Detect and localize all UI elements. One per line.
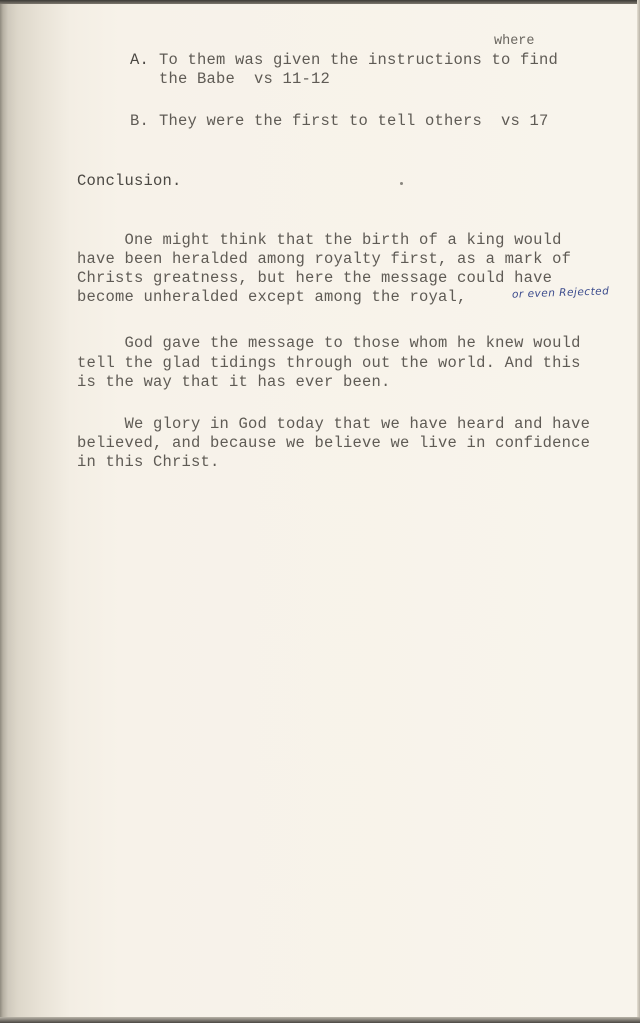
- paragraph-3-line-2: believed, and because we believe we live…: [77, 433, 590, 454]
- paragraph-1-line-2: have been heralded among royalty first, …: [77, 249, 571, 270]
- page-top-edge-shadow: [0, 0, 640, 4]
- paragraph-1-line-3: Christs greatness, but here the message …: [77, 268, 552, 289]
- paper-speck: [400, 182, 403, 185]
- paragraph-2-line-1: God gave the message to those whom he kn…: [77, 333, 581, 354]
- outline-item-a-line-2: the Babe vs 11-12: [159, 69, 330, 90]
- outline-item-a-line-1: To them was given the instructions to fi…: [159, 50, 558, 71]
- paragraph-3-line-3: in this Christ.: [77, 452, 220, 473]
- outline-marker-b: B.: [130, 111, 149, 132]
- handwritten-annotation: or even Rejected: [512, 285, 610, 300]
- section-heading-conclusion: Conclusion.: [77, 171, 182, 192]
- page-bottom-edge-shadow: [0, 1017, 640, 1023]
- paragraph-1-line-1: One might think that the birth of a king…: [77, 230, 562, 251]
- paragraph-2-line-3: is the way that it has ever been.: [77, 372, 391, 393]
- outline-item-b-line-1: They were the first to tell others vs 17: [159, 111, 549, 132]
- outline-marker-a: A.: [130, 50, 149, 71]
- paragraph-1-line-4: become unheralded except among the royal…: [77, 287, 467, 308]
- paragraph-3-line-1: We glory in God today that we have heard…: [77, 414, 590, 435]
- inserted-word-where: where: [494, 34, 535, 49]
- typed-page: where A. To them was given the instructi…: [0, 0, 640, 1023]
- paragraph-2-line-2: tell the glad tidings through out the wo…: [77, 353, 581, 374]
